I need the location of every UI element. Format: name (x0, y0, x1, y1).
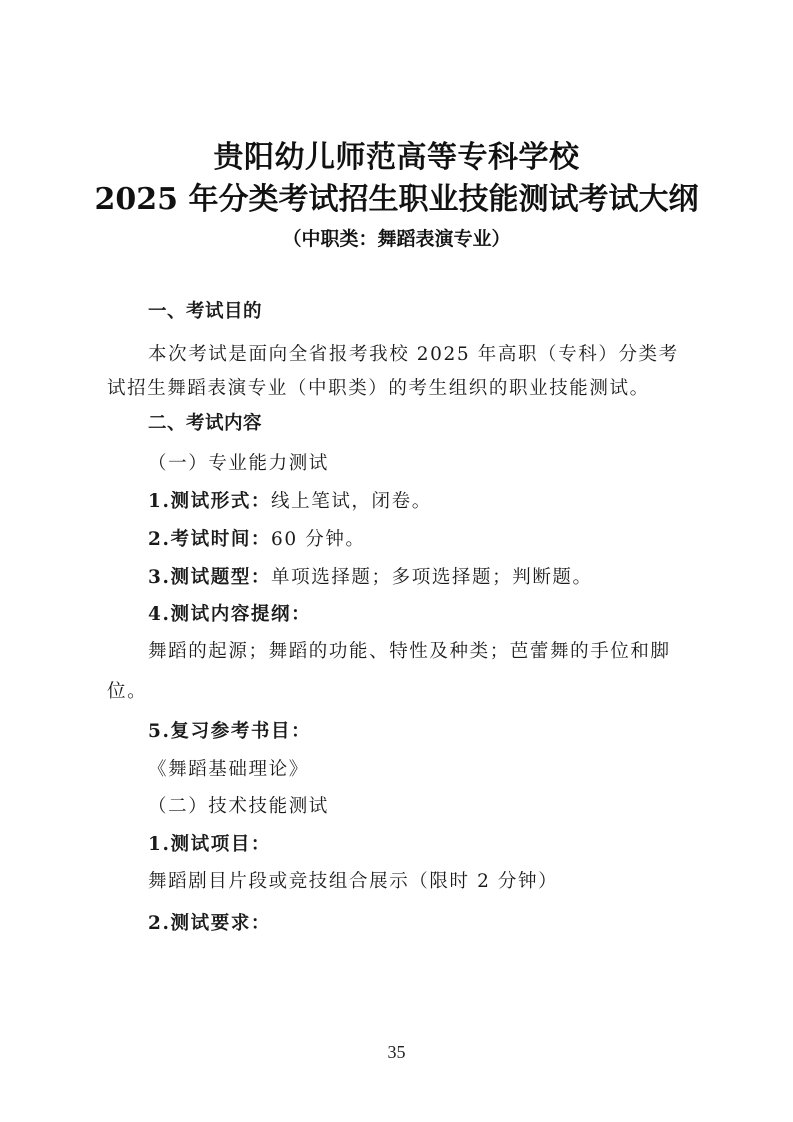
purpose-paragraph-line2: 试招生舞蹈表演专业（中职类）的考生组织的职业技能测试。 (107, 377, 650, 401)
item-label: 4.测试内容提纲： (148, 604, 311, 625)
item-label: 3.测试题型： (148, 567, 271, 588)
reference-books-label: 5.复习参考书目： (148, 720, 311, 744)
purpose-paragraph-line1: 本次考试是面向全省报考我校 2025 年高职（专科）分类考 (148, 343, 679, 367)
item-value: 单项选择题；多项选择题；判断题。 (271, 567, 593, 588)
document-subtitle: （中职类：舞蹈表演专业） (0, 226, 793, 252)
test-item-label: 1.测试项目： (148, 833, 271, 857)
document-page: 贵阳幼儿师范高等专科学校 2025 年分类考试招生职业技能测试考试大纲 （中职类… (0, 0, 793, 1122)
section-heading-purpose: 一、考试目的 (148, 300, 262, 324)
page-number: 35 (0, 1042, 793, 1063)
subsection-heading-ability: （一）专业能力测试 (148, 452, 329, 476)
list-item-format: 1.测试形式：线上笔试，闭卷。 (148, 490, 432, 514)
item-label: 1.测试形式： (148, 491, 271, 512)
list-item-question-types: 3.测试题型：单项选择题；多项选择题；判断题。 (148, 566, 593, 590)
section-heading-content: 二、考试内容 (148, 412, 262, 436)
test-item-value: 舞蹈剧目片段或竞技组合展示（限时 2 分钟） (148, 870, 558, 894)
document-title-main: 2025 年分类考试招生职业技能测试考试大纲 (0, 182, 793, 218)
outline-line1: 舞蹈的起源；舞蹈的功能、特性及种类；芭蕾舞的手位和脚 (148, 640, 671, 664)
test-requirements-label: 2.测试要求： (148, 912, 271, 936)
subsection-heading-technical: （二）技术技能测试 (148, 795, 329, 819)
item-value: 60 分钟。 (271, 529, 366, 550)
list-item-outline: 4.测试内容提纲： (148, 603, 311, 627)
reference-book: 《舞蹈基础理论》 (148, 758, 309, 782)
item-label: 2.考试时间： (148, 529, 271, 550)
document-title-school: 贵阳幼儿师范高等专科学校 (0, 140, 793, 176)
list-item-duration: 2.考试时间：60 分钟。 (148, 528, 366, 552)
item-value: 线上笔试，闭卷。 (271, 491, 432, 512)
outline-line2: 位。 (107, 680, 147, 704)
